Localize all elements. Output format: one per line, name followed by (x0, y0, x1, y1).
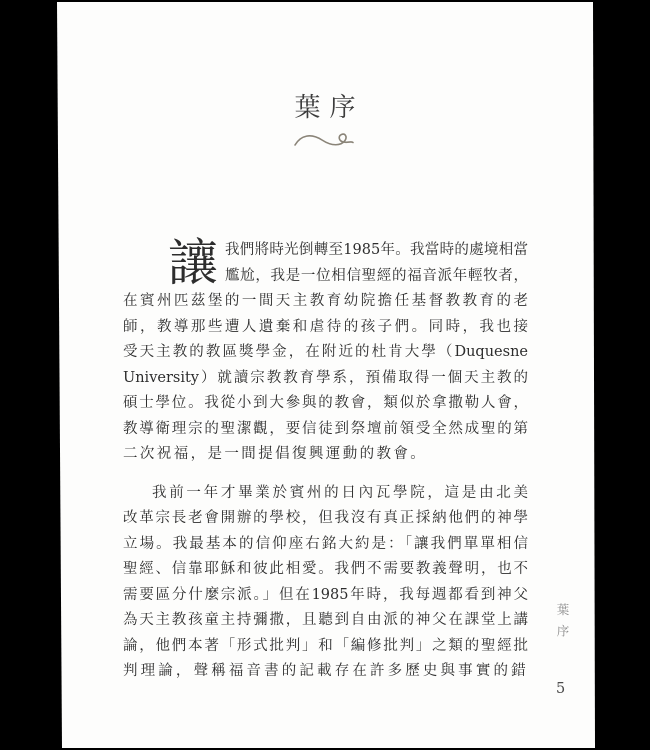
text-line: 需要區分什麼宗派。」但在1985年時，我每週都看到神父 (123, 583, 528, 609)
text-line: 碩士學位。我從小到大參與的教會，類似於拿撒勒人會， (123, 391, 528, 417)
text-line: 我前一年才畢業於賓州的日內瓦學院，這是由北美 (123, 481, 528, 507)
text-line: 二次祝福，是一間提倡復興運動的教會。 (123, 442, 528, 468)
scanned-book-screenshot: 葉序 讓我們將時光倒轉至1985年。我當時的處境相當尷尬，我是一位相信聖經的福音… (0, 0, 650, 750)
body-text: 讓我們將時光倒轉至1985年。我當時的處境相當尷尬，我是一位相信聖經的福音派年輕… (123, 238, 528, 685)
text-line: 聖經、信靠耶穌和彼此相愛。我們不需要教義聲明，也不 (123, 557, 528, 583)
text-line: 立場。我最基本的信仰座右銘大約是：「讓我們單單相信 (123, 532, 528, 558)
text-line: 我們將時光倒轉至1985年。我當時的處境相當 (225, 238, 528, 264)
text-line: 受天主教的教區獎學金，在附近的杜肯大學（Duquesne (123, 340, 528, 366)
page-number: 5 (556, 681, 565, 697)
margin-section-label: 葉序 (553, 603, 571, 646)
book-page: 葉序 讓我們將時光倒轉至1985年。我當時的處境相當尷尬，我是一位相信聖經的福音… (57, 2, 595, 748)
text-line: 教導衛理宗的聖潔觀，要信徒到祭壇前領受全然成聖的第 (123, 417, 528, 443)
text-line: 在賓州匹茲堡的一間天主教育幼院擔任基督教教育的老 (123, 289, 528, 315)
page-title: 葉序 (57, 94, 593, 122)
text-line: 判理論，聲稱福音書的記載存在許多歷史與事實的錯誤。 (123, 659, 528, 685)
paragraph: 我前一年才畢業於賓州的日內瓦學院，這是由北美改革宗長老會開辦的學校，但我沒有真正… (123, 481, 528, 685)
flourish-ornament (292, 128, 356, 152)
text-line: 論，他們本著「形式批判」和「編修批判」之類的聖經批 (123, 634, 528, 660)
paragraph: 讓我們將時光倒轉至1985年。我當時的處境相當尷尬，我是一位相信聖經的福音派年輕… (123, 238, 528, 468)
drop-cap: 讓 (163, 238, 223, 289)
text-line: 師，教導那些遭人遺棄和虐待的孩子們。同時，我也接 (123, 315, 528, 341)
text-line: 為天主教孩童主持彌撒，且聽到自由派的神父在課堂上講 (123, 608, 528, 634)
text-line: 改革宗長老會開辦的學校，但我沒有真正採納他們的神學 (123, 506, 528, 532)
text-line: 尷尬，我是一位相信聖經的福音派年輕牧者， (225, 264, 528, 290)
text-line: University）就讀宗教教育學系，預備取得一個天主教的 (123, 366, 528, 392)
